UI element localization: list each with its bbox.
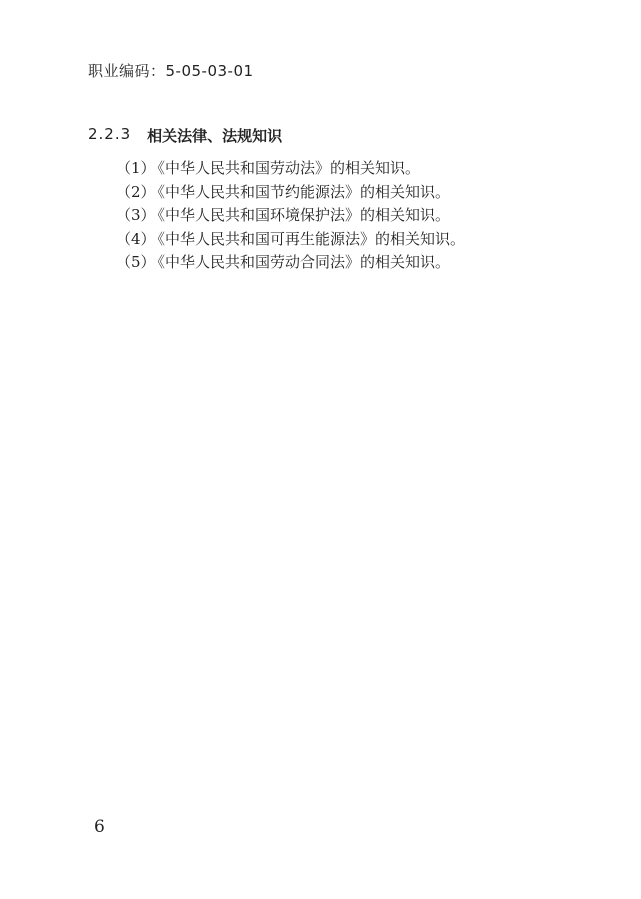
- page-number: 6: [94, 817, 105, 837]
- list-item-text: 《中华人民共和国可再生能源法》的相关知识。: [158, 230, 466, 248]
- list-item: （3）《中华人民共和国环境保护法》的相关知识。: [116, 204, 465, 228]
- section-heading: 2.2.3 相关法律、法规知识: [88, 125, 282, 146]
- list-item-index: （3）: [116, 206, 156, 224]
- list-item: （4）《中华人民共和国可再生能源法》的相关知识。: [116, 228, 465, 252]
- occupation-code-label: 职业编码：: [88, 62, 166, 80]
- section-number: 2.2.3: [88, 125, 131, 146]
- list-item-index: （2）: [116, 183, 156, 201]
- list-item-index: （5）: [116, 253, 156, 271]
- list-item-text: 《中华人民共和国劳动法》的相关知识。: [158, 159, 421, 177]
- list-item: （1）《中华人民共和国劳动法》的相关知识。: [116, 157, 465, 181]
- law-knowledge-list: （1）《中华人民共和国劳动法》的相关知识。 （2）《中华人民共和国节约能源法》的…: [116, 157, 465, 275]
- occupation-code-value: 5-05-03-01: [166, 62, 254, 80]
- list-item-text: 《中华人民共和国劳动合同法》的相关知识。: [158, 253, 451, 271]
- occupation-code-header: 职业编码：5-05-03-01: [88, 60, 254, 81]
- list-item: （2）《中华人民共和国节约能源法》的相关知识。: [116, 181, 465, 205]
- list-item-text: 《中华人民共和国节约能源法》的相关知识。: [158, 183, 451, 201]
- section-title: 相关法律、法规知识: [147, 125, 282, 146]
- list-item: （5）《中华人民共和国劳动合同法》的相关知识。: [116, 251, 465, 275]
- list-item-index: （1）: [116, 159, 156, 177]
- list-item-index: （4）: [116, 230, 156, 248]
- list-item-text: 《中华人民共和国环境保护法》的相关知识。: [158, 206, 451, 224]
